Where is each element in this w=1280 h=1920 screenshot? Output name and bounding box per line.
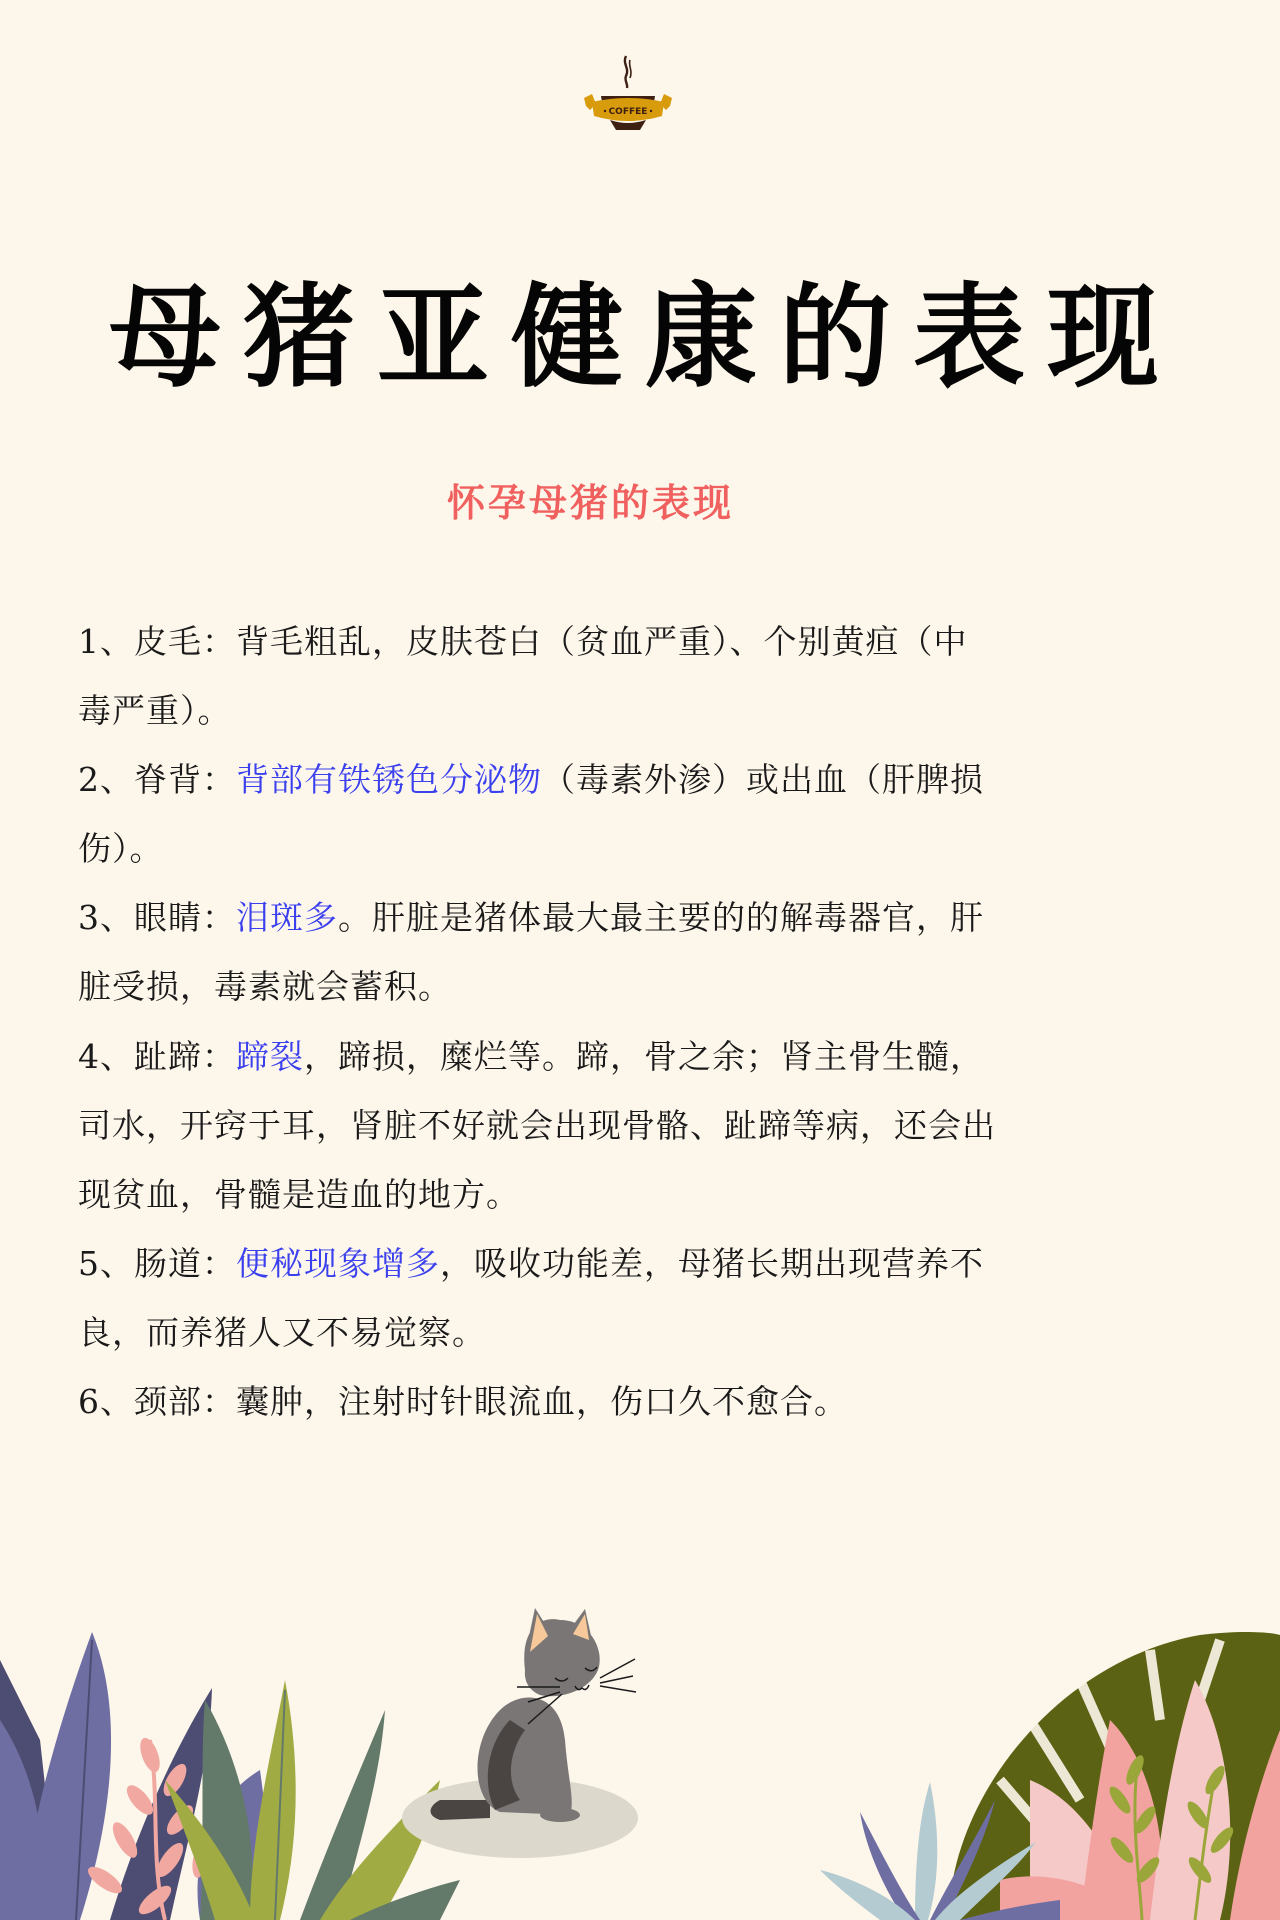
text-span: ，蹄损，糜烂等。蹄，骨之余；肾主骨生髓， (304, 1037, 984, 1076)
plant-cluster-left-icon (0, 1632, 460, 1920)
plant-cluster-right-icon (820, 1632, 1280, 1920)
text-span: 1、皮毛：背毛粗乱，皮肤苍白（贫血严重）、个别黄疸（中 (78, 622, 968, 661)
text-span: 毒严重）。 (78, 691, 232, 730)
text-line: 5、肠道：便秘现象增多，吸收功能差，母猪长期出现营养不 (78, 1234, 1218, 1303)
text-line: 3、眼睛：泪斑多。肝脏是猪体最大最主要的的解毒器官，肝 (78, 888, 1218, 957)
text-span: 3、眼睛： (78, 898, 236, 937)
text-span: ，吸收功能差，母猪长期出现营养不 (440, 1244, 984, 1283)
text-line: 4、趾蹄：蹄裂，蹄损，糜烂等。蹄，骨之余；肾主骨生髓， (78, 1027, 1218, 1096)
bottom-decoration (0, 1560, 1280, 1920)
coffee-logo-icon: COFFEE (578, 54, 678, 134)
text-line: 毒严重）。 (78, 681, 1218, 750)
text-line: 伤）。 (78, 819, 1218, 888)
text-span: 司水，开窍于耳，肾脏不好就会出现骨骼、趾蹄等病，还会出 (78, 1106, 996, 1145)
text-span: 良，而养猪人又不易觉察。 (78, 1313, 486, 1352)
page-title: 母猪亚健康的表现 (0, 268, 1280, 408)
text-line: 2、脊背：背部有铁锈色分泌物（毒素外渗）或出血（肝脾损 (78, 750, 1218, 819)
body-text: 1、皮毛：背毛粗乱，皮肤苍白（贫血严重）、个别黄疸（中 毒严重）。 2、脊背：背… (78, 612, 1218, 1441)
highlight-text: 便秘现象增多 (236, 1244, 440, 1283)
cat-illustration-icon (402, 1608, 638, 1858)
text-span: 伤）。 (78, 829, 164, 868)
text-span: 6、颈部：囊肿，注射时针眼流血，伤口久不愈合。 (78, 1382, 848, 1421)
text-line: 现贫血，骨髓是造血的地方。 (78, 1165, 1218, 1234)
text-line: 脏受损，毒素就会蓄积。 (78, 957, 1218, 1026)
text-span: 。肝脏是猪体最大最主要的的解毒器官，肝 (338, 898, 984, 937)
text-span: （毒素外渗）或出血（肝脾损 (542, 760, 984, 799)
highlight-text: 背部有铁锈色分泌物 (236, 760, 542, 799)
text-line: 1、皮毛：背毛粗乱，皮肤苍白（贫血严重）、个别黄疸（中 (78, 612, 1218, 681)
section-subtitle: 怀孕母猪的表现 (447, 478, 747, 528)
text-span: 5、肠道： (78, 1244, 236, 1283)
text-line: 良，而养猪人又不易觉察。 (78, 1303, 1218, 1372)
text-line: 6、颈部：囊肿，注射时针眼流血，伤口久不愈合。 (78, 1372, 1218, 1441)
highlight-text: 泪斑多 (236, 898, 338, 937)
text-span: 2、脊背： (78, 760, 236, 799)
text-span: 现贫血，骨髓是造血的地方。 (78, 1175, 520, 1214)
highlight-text: 蹄裂 (236, 1037, 304, 1076)
coffee-logo-text: COFFEE (609, 107, 648, 117)
text-line: 司水，开窍于耳，肾脏不好就会出现骨骼、趾蹄等病，还会出 (78, 1096, 1218, 1165)
text-span: 4、趾蹄： (78, 1037, 236, 1076)
text-span: 脏受损，毒素就会蓄积。 (78, 967, 452, 1006)
